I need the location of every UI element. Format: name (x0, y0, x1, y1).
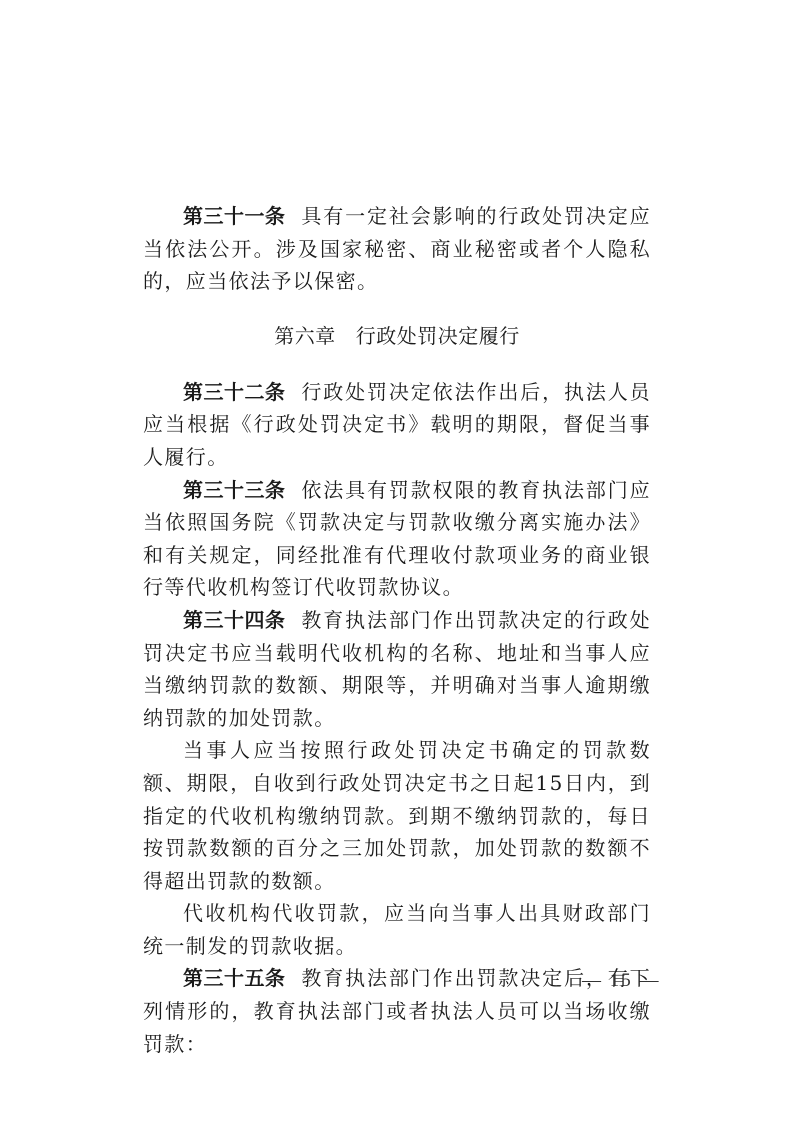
article-number: 第三十三条 (183, 478, 285, 502)
article-34: 第三十四条教育执法部门作出罚款决定的行政处罚决定书应当载明代收机构的名称、地址和… (143, 604, 651, 734)
article-number: 第三十四条 (183, 608, 285, 632)
page-number: — 15 — (582, 970, 661, 992)
article-35: 第三十五条教育执法部门作出罚款决定后，有下列情形的，教育执法部门或者执法人员可以… (143, 962, 651, 1060)
article-number: 第三十五条 (183, 966, 285, 990)
article-number: 第三十一条 (183, 204, 285, 228)
paragraph-text: 代收机构代收罚款，应当向当事人出具财政部门统一制发的罚款收据。 (143, 901, 651, 958)
chapter-number: 第六章 (274, 324, 336, 348)
page-body: 第三十一条具有一定社会影响的行政处罚决定应当依法公开。涉及国家秘密、商业秘密或者… (143, 200, 651, 1060)
article-number: 第三十二条 (183, 380, 285, 404)
chapter-title: 行政处罚决定履行 (356, 324, 520, 348)
article-33: 第三十三条依法具有罚款权限的教育执法部门应当依照国务院《罚款决定与罚款收缴分离实… (143, 474, 651, 604)
paragraph-text: 当事人应当按照行政处罚决定书确定的罚款数额、期限，自收到行政处罚决定书之日起15… (143, 738, 651, 892)
chapter-heading: 第六章行政处罚决定履行 (143, 320, 651, 352)
article-34-paragraph-3: 代收机构代收罚款，应当向当事人出具财政部门统一制发的罚款收据。 (143, 897, 651, 962)
article-31: 第三十一条具有一定社会影响的行政处罚决定应当依法公开。涉及国家秘密、商业秘密或者… (143, 200, 651, 298)
article-34-paragraph-2: 当事人应当按照行政处罚决定书确定的罚款数额、期限，自收到行政处罚决定书之日起15… (143, 734, 651, 897)
article-32: 第三十二条行政处罚决定依法作出后，执法人员应当根据《行政处罚决定书》载明的期限，… (143, 376, 651, 474)
